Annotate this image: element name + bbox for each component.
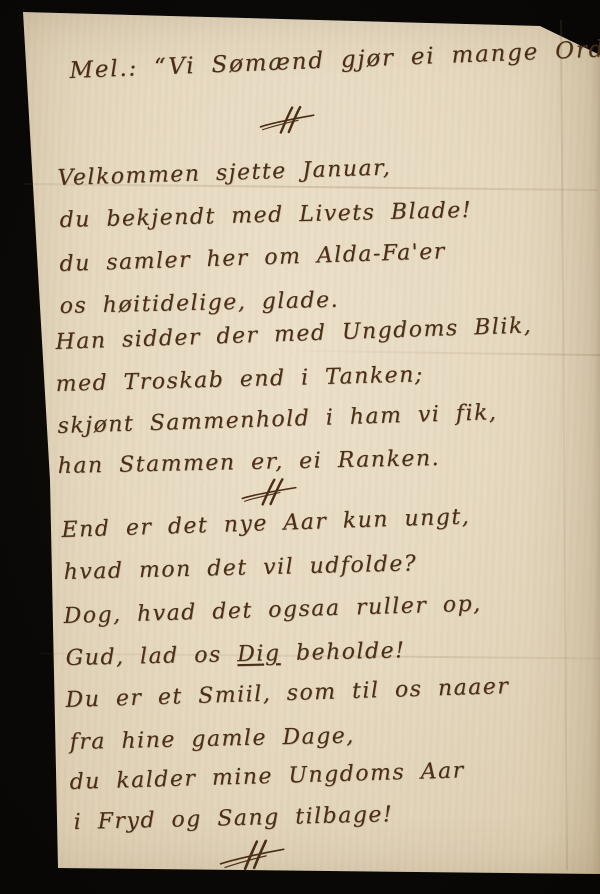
underlined-word: Dig <box>237 641 281 667</box>
double-stroke-separator-icon <box>215 837 291 873</box>
poem-line-s3-4-post: beholde! <box>280 638 406 666</box>
manuscript-page <box>0 0 600 894</box>
stanza-separator-mark-1 <box>255 104 321 136</box>
poem-line-s3-4-pre: Gud, lad os <box>65 642 237 671</box>
double-stroke-separator-icon <box>255 104 321 136</box>
stanza-separator-mark-2 <box>237 476 302 507</box>
photo-frame: Mel.: “Vi Sømænd gjør ei mange Ord.” Vel… <box>0 0 600 894</box>
double-stroke-separator-icon <box>237 476 302 507</box>
stanza-separator-mark-3 <box>215 837 291 873</box>
